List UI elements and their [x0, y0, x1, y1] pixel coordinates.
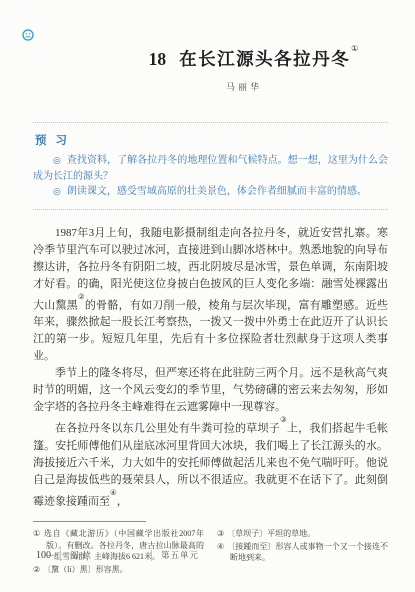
paragraph-text: 季节上的隆冬将尽，但严寒还将在此驻防三两个月。远不是秋高气爽时节的明媚，这一个风…	[33, 367, 388, 413]
paragraph-text: 在各拉丹冬以东几公里处有牛粪可捡的草坝子	[55, 423, 280, 435]
footer-divider	[60, 550, 61, 561]
preview-bullet-icon: ◎	[53, 155, 61, 165]
footnote-ref: ④	[110, 488, 117, 497]
lesson-title-row: 18在长江源头各拉丹冬①	[33, 0, 388, 71]
footnote-item: ③〔草坝子〕平坦的草地。	[217, 528, 388, 540]
footnote-text: 〔草坝子〕平坦的草地。	[227, 529, 315, 538]
footnotes-divider	[33, 521, 146, 522]
paragraph-text: 的骨骼，有如刀削一般，棱角与层次毕现，富有雕塑感。近些年来，骤然掀起一股长江考察…	[33, 299, 388, 362]
footer-divider	[151, 550, 152, 561]
preview-section: 预习 ◎查找资料，了解各拉丹冬的地理位置和气候特点。想一想，这里为什么会成为长江…	[33, 122, 388, 210]
preview-item: ◎朗读课文，感受雪域高原的壮美景色，体会作者细腻而丰富的情感。	[33, 184, 388, 200]
preview-heading: 预习	[35, 132, 388, 148]
footnote-text: 〔黧（lí）黑〕形容黑。	[43, 565, 127, 574]
footnote-number: ③	[217, 529, 224, 538]
footnote-ref: ③	[280, 415, 287, 424]
textbook-page: 18在长江源头各拉丹冬① 马丽华 预习 ◎查找资料，了解各拉丹冬的地理位置和气候…	[0, 0, 415, 592]
paragraph-text: 上，我们搭起牛毛帐篷。安托师傅他们从崖底冰河里背回大冰块，我们喝上了长江源头的水…	[33, 423, 388, 508]
body-paragraph: 季节上的隆冬将尽，但严寒还将在此驻防三两个月。远不是秋高气爽时节的明媚，这一个风…	[33, 365, 388, 416]
preview-item-text: 查找资料，了解各拉丹冬的地理位置和气候特点。想一想，这里为什么会成为长江的源头？	[33, 155, 388, 182]
author-name: 马丽华	[33, 80, 388, 93]
preview-item-text: 朗读课文，感受雪域高原的壮美景色，体会作者细腻而丰富的情感。	[67, 186, 367, 197]
page-number: 100	[36, 550, 51, 561]
footnote-number: ①	[33, 529, 41, 538]
paragraph-text: ，	[117, 495, 128, 507]
body-paragraph: 在各拉丹冬以东几公里处有牛粪可捡的草坝子③上，我们搭起牛毛帐篷。安托师傅他们从崖…	[33, 416, 388, 510]
page-footer: 100 阅读 第五单元	[36, 549, 388, 561]
body-paragraph: 1987年3月上旬，我随电影摄制组走向各拉丹冬，就近安营扎寨。寒冷季节里汽车可以…	[33, 225, 388, 366]
preview-bullet-icon: ◎	[53, 186, 61, 196]
listen-audio-icon[interactable]	[22, 28, 34, 40]
lesson-number: 18	[149, 49, 167, 69]
footer-section-label: 阅读	[70, 549, 95, 561]
body-text: 1987年3月上旬，我随电影摄制组走向各拉丹冬，就近安营扎寨。寒冷季节里汽车可以…	[33, 225, 388, 511]
title-footnote-ref: ①	[351, 44, 358, 53]
preview-item: ◎查找资料，了解各拉丹冬的地理位置和气候特点。想一想，这里为什么会成为长江的源头…	[33, 153, 388, 184]
lesson-title: 在长江源头各拉丹冬	[179, 49, 350, 69]
footnote-number: ②	[33, 565, 40, 574]
footnote-ref: ②	[78, 292, 85, 301]
footer-unit-label: 第五单元	[161, 549, 199, 561]
footnote-item: ②〔黧（lí）黑〕形容黑。	[33, 564, 204, 576]
